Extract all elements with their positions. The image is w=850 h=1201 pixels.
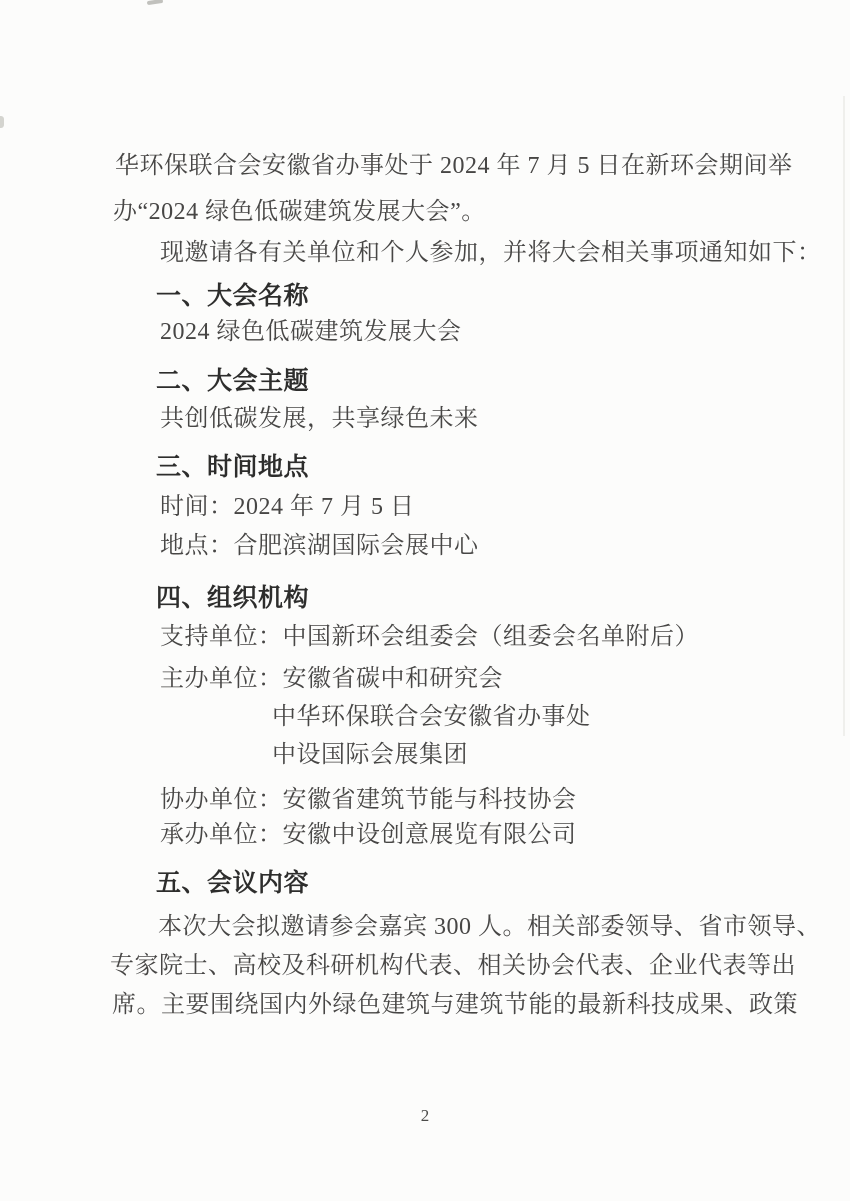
section-heading: 三、时间地点	[156, 452, 309, 482]
section-heading: 四、组织机构	[156, 583, 309, 613]
text-line: 中设国际会展集团	[272, 740, 468, 770]
scanned-document-page: 华环保联合会安徽省办事处于 2024 年 7 月 5 日在新环会期间举办“202…	[0, 0, 850, 1201]
section-heading: 五、会议内容	[156, 868, 309, 898]
text-line: 华环保联合会安徽省办事处于 2024 年 7 月 5 日在新环会期间举	[115, 151, 793, 181]
section-heading: 二、大会主题	[156, 366, 309, 396]
text-line: 承办单位：安徽中设创意展览有限公司	[160, 820, 577, 850]
scan-edge-artifact	[843, 96, 845, 736]
text-line: 本次大会拟邀请参会嘉宾 300 人。相关部委领导、省市领导、	[158, 912, 821, 942]
page-number: 2	[0, 1106, 850, 1126]
scan-speck-top	[147, 0, 163, 5]
text-line: 2024 绿色低碳建筑发展大会	[160, 317, 462, 347]
text-line: 现邀请各有关单位和个人参加，并将大会相关事项通知如下：	[160, 238, 822, 268]
section-heading: 一、大会名称	[156, 281, 309, 311]
text-line: 共创低碳发展，共享绿色未来	[160, 404, 479, 434]
text-line: 支持单位：中国新环会组委会（组委会名单附后）	[160, 622, 699, 652]
text-line: 办“2024 绿色低碳建筑发展大会”。	[113, 197, 486, 227]
scan-speck-left	[0, 116, 4, 128]
text-line: 席。主要围绕国内外绿色建筑与建筑节能的最新科技成果、政策	[112, 990, 798, 1020]
text-line: 地点：合肥滨湖国际会展中心	[160, 531, 479, 561]
text-line: 协办单位：安徽省建筑节能与科技协会	[160, 785, 577, 815]
text-line: 时间：2024 年 7 月 5 日	[160, 492, 415, 522]
text-line: 中华环保联合会安徽省办事处	[272, 702, 591, 732]
text-line: 主办单位：安徽省碳中和研究会	[160, 664, 503, 694]
text-line: 专家院士、高校及科研机构代表、相关协会代表、企业代表等出	[110, 951, 796, 981]
